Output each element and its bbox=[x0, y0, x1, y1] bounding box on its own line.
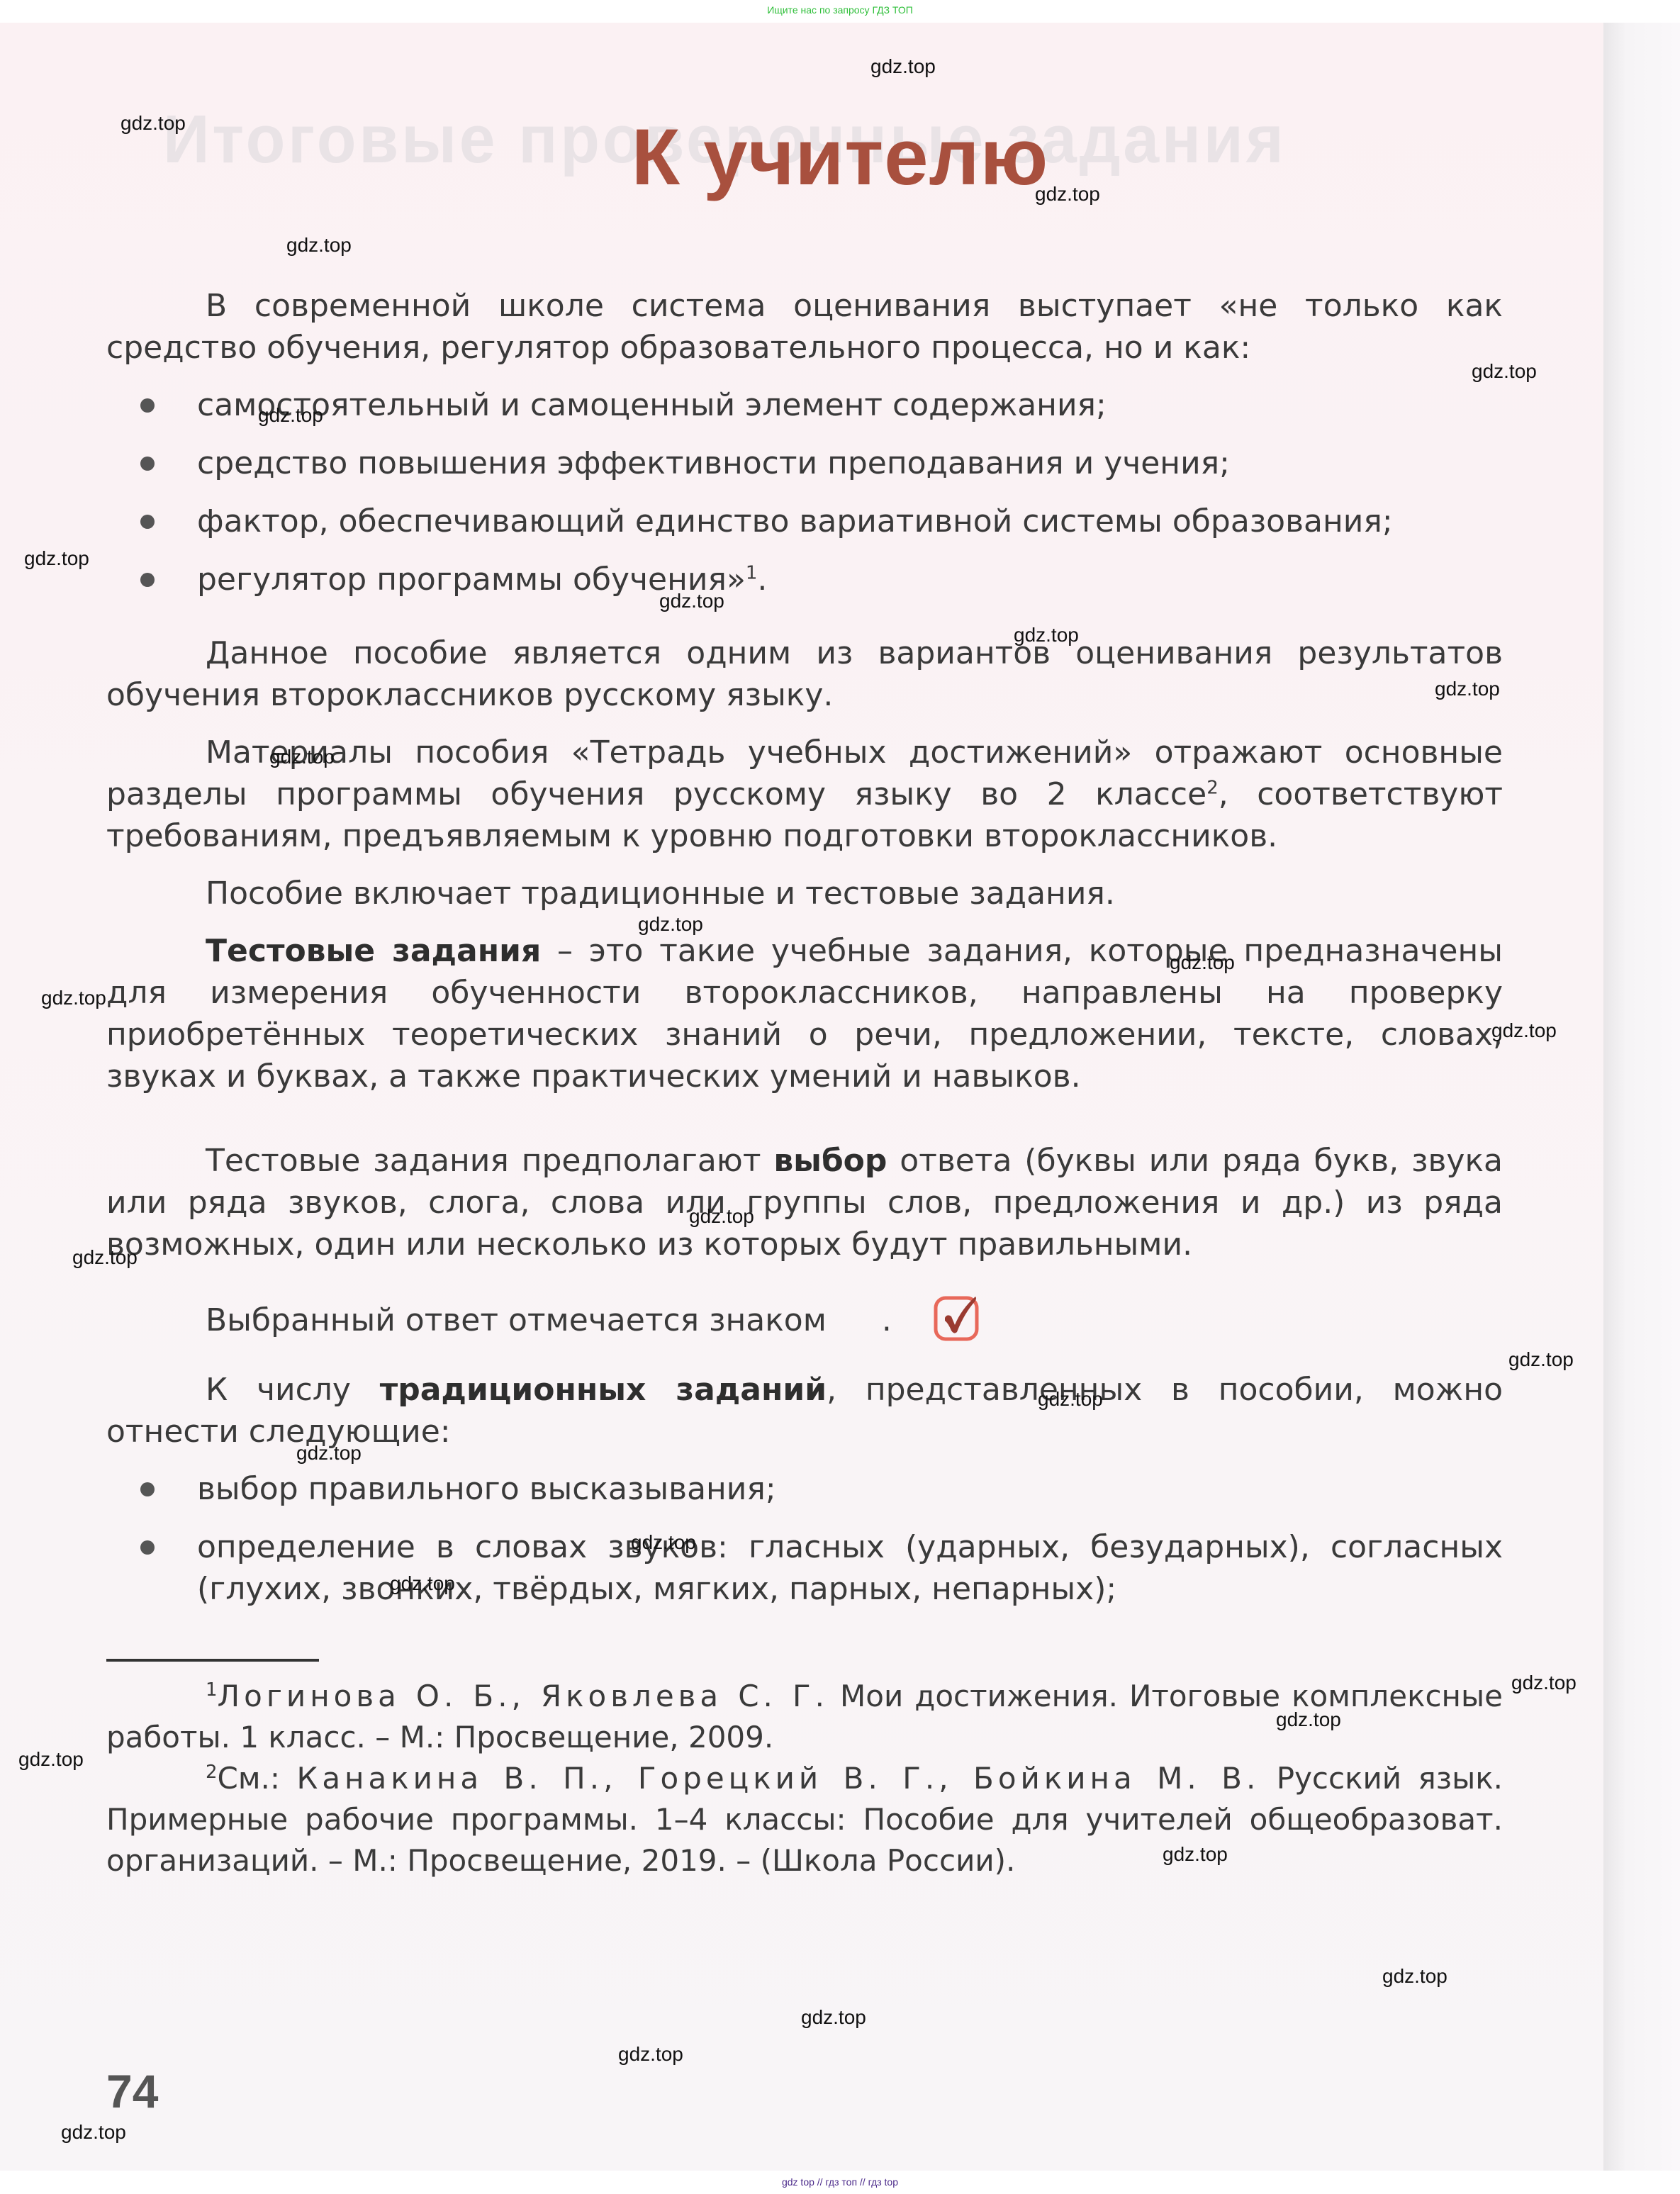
bullet-icon bbox=[140, 1482, 155, 1496]
footnote-ref-1[interactable]: 1 bbox=[746, 562, 758, 583]
watermark-text: gdz.top bbox=[1276, 1708, 1341, 1731]
watermark-text: gdz.top bbox=[1014, 624, 1079, 647]
watermark-text: gdz.top bbox=[1170, 951, 1235, 974]
mark-paragraph: Выбранный ответ отмечается знаком. bbox=[106, 1294, 1503, 1342]
includes-paragraph: Пособие включает традиционные и тестовые… bbox=[106, 873, 1503, 914]
watermark-text: gdz.top bbox=[618, 2043, 683, 2066]
bullet-icon bbox=[140, 398, 155, 413]
watermark-text: gdz.top bbox=[1038, 1388, 1103, 1411]
watermark-text: gdz.top bbox=[18, 1748, 84, 1771]
watermark-text: gdz.top bbox=[631, 1531, 696, 1554]
watermark-text: gdz.top bbox=[659, 590, 724, 612]
page-number: 74 bbox=[106, 2064, 158, 2118]
bullet-icon bbox=[140, 573, 155, 587]
watermark-text: gdz.top bbox=[1511, 1672, 1577, 1694]
list-item: регулятор программы обучения»1. bbox=[106, 559, 1503, 600]
term-test-tasks: Тестовые задания bbox=[206, 933, 541, 969]
watermark-text: gdz.top bbox=[1472, 360, 1537, 383]
list-item: фактор, обеспечивающий единство вариатив… bbox=[106, 500, 1503, 542]
watermark-text: gdz.top bbox=[390, 1572, 455, 1595]
footnote-2: 2См.: Канакина В. П., Горецкий В. Г., Бо… bbox=[106, 1758, 1503, 1881]
watermark-text: gdz.top bbox=[72, 1246, 138, 1269]
watermark-text: gdz.top bbox=[1491, 1019, 1557, 1042]
watermark-text: gdz.top bbox=[121, 112, 186, 135]
footnote-authors: Канакина В. П., Горецкий В. Г., Бойкина … bbox=[297, 1761, 1260, 1796]
manual-paragraph: Данное пособие является одним из вариант… bbox=[106, 632, 1503, 716]
watermark-text: gdz.top bbox=[269, 746, 335, 768]
test-choice-paragraph: Тестовые задания предполагают выбор отве… bbox=[106, 1140, 1503, 1265]
traditional-bullet-list: выбор правильного высказывания; определе… bbox=[106, 1468, 1503, 1610]
list-item: средство повышения эффективности препода… bbox=[106, 442, 1503, 484]
list-item: выбор правильного высказывания; bbox=[106, 1468, 1503, 1510]
watermark-text: gdz.top bbox=[1435, 678, 1500, 700]
footnote-divider bbox=[106, 1659, 319, 1662]
footnote-ref-2[interactable]: 2 bbox=[1206, 777, 1219, 798]
watermark-text: gdz.top bbox=[638, 913, 703, 936]
watermark-text: gdz.top bbox=[286, 234, 352, 257]
watermark-text: gdz.top bbox=[296, 1442, 362, 1465]
page-edge-shadow bbox=[1603, 23, 1680, 2171]
watermark-text: gdz.top bbox=[1382, 1965, 1447, 1988]
watermark-text: gdz.top bbox=[258, 404, 323, 427]
top-banner: Ищите нас по запросу ГДЗ ТОП bbox=[0, 0, 1680, 23]
bottom-banner: gdz top // гдз топ // гдз top bbox=[0, 2171, 1680, 2194]
intro-paragraph: В современной школе система оценивания в… bbox=[106, 285, 1503, 369]
watermark-text: gdz.top bbox=[1508, 1348, 1574, 1371]
page-title: К учителю bbox=[0, 111, 1680, 203]
watermark-text: gdz.top bbox=[801, 2006, 866, 2029]
page-content: В современной школе система оценивания в… bbox=[106, 285, 1503, 1881]
bullet-icon bbox=[140, 457, 155, 471]
bullet-icon bbox=[140, 515, 155, 529]
footnotes: 1Логинова О. Б., Яковлева С. Г. Мои дост… bbox=[106, 1676, 1503, 1881]
textbook-page: Итоговые проверочные задания К учителю В… bbox=[0, 23, 1680, 2171]
watermark-text: gdz.top bbox=[24, 547, 89, 570]
watermark-text: gdz.top bbox=[689, 1205, 754, 1228]
top-banner-text: Ищите нас по запросу ГДЗ ТОП bbox=[767, 4, 913, 16]
traditional-paragraph: К числу традиционных заданий, представле… bbox=[106, 1369, 1503, 1453]
term-choice: выбор bbox=[773, 1143, 887, 1179]
bottom-banner-text: gdz top // гдз топ // гдз top bbox=[782, 2176, 898, 2188]
watermark-text: gdz.top bbox=[41, 987, 106, 1009]
footnote-authors: Логинова О. Б., Яковлева С. Г. bbox=[218, 1679, 829, 1713]
list-item: определение в словах звуков: гласных (уд… bbox=[106, 1526, 1503, 1610]
test-definition-paragraph: Тестовые задания – это такие учебные зад… bbox=[106, 930, 1503, 1097]
watermark-text: gdz.top bbox=[870, 55, 936, 78]
watermark-text: gdz.top bbox=[1163, 1843, 1228, 1866]
term-traditional-tasks: традиционных заданий bbox=[380, 1372, 827, 1408]
checkbox-checked-icon bbox=[834, 1294, 882, 1342]
bullet-icon bbox=[140, 1540, 155, 1555]
watermark-text: gdz.top bbox=[1035, 183, 1100, 206]
watermark-text: gdz.top bbox=[61, 2121, 126, 2144]
